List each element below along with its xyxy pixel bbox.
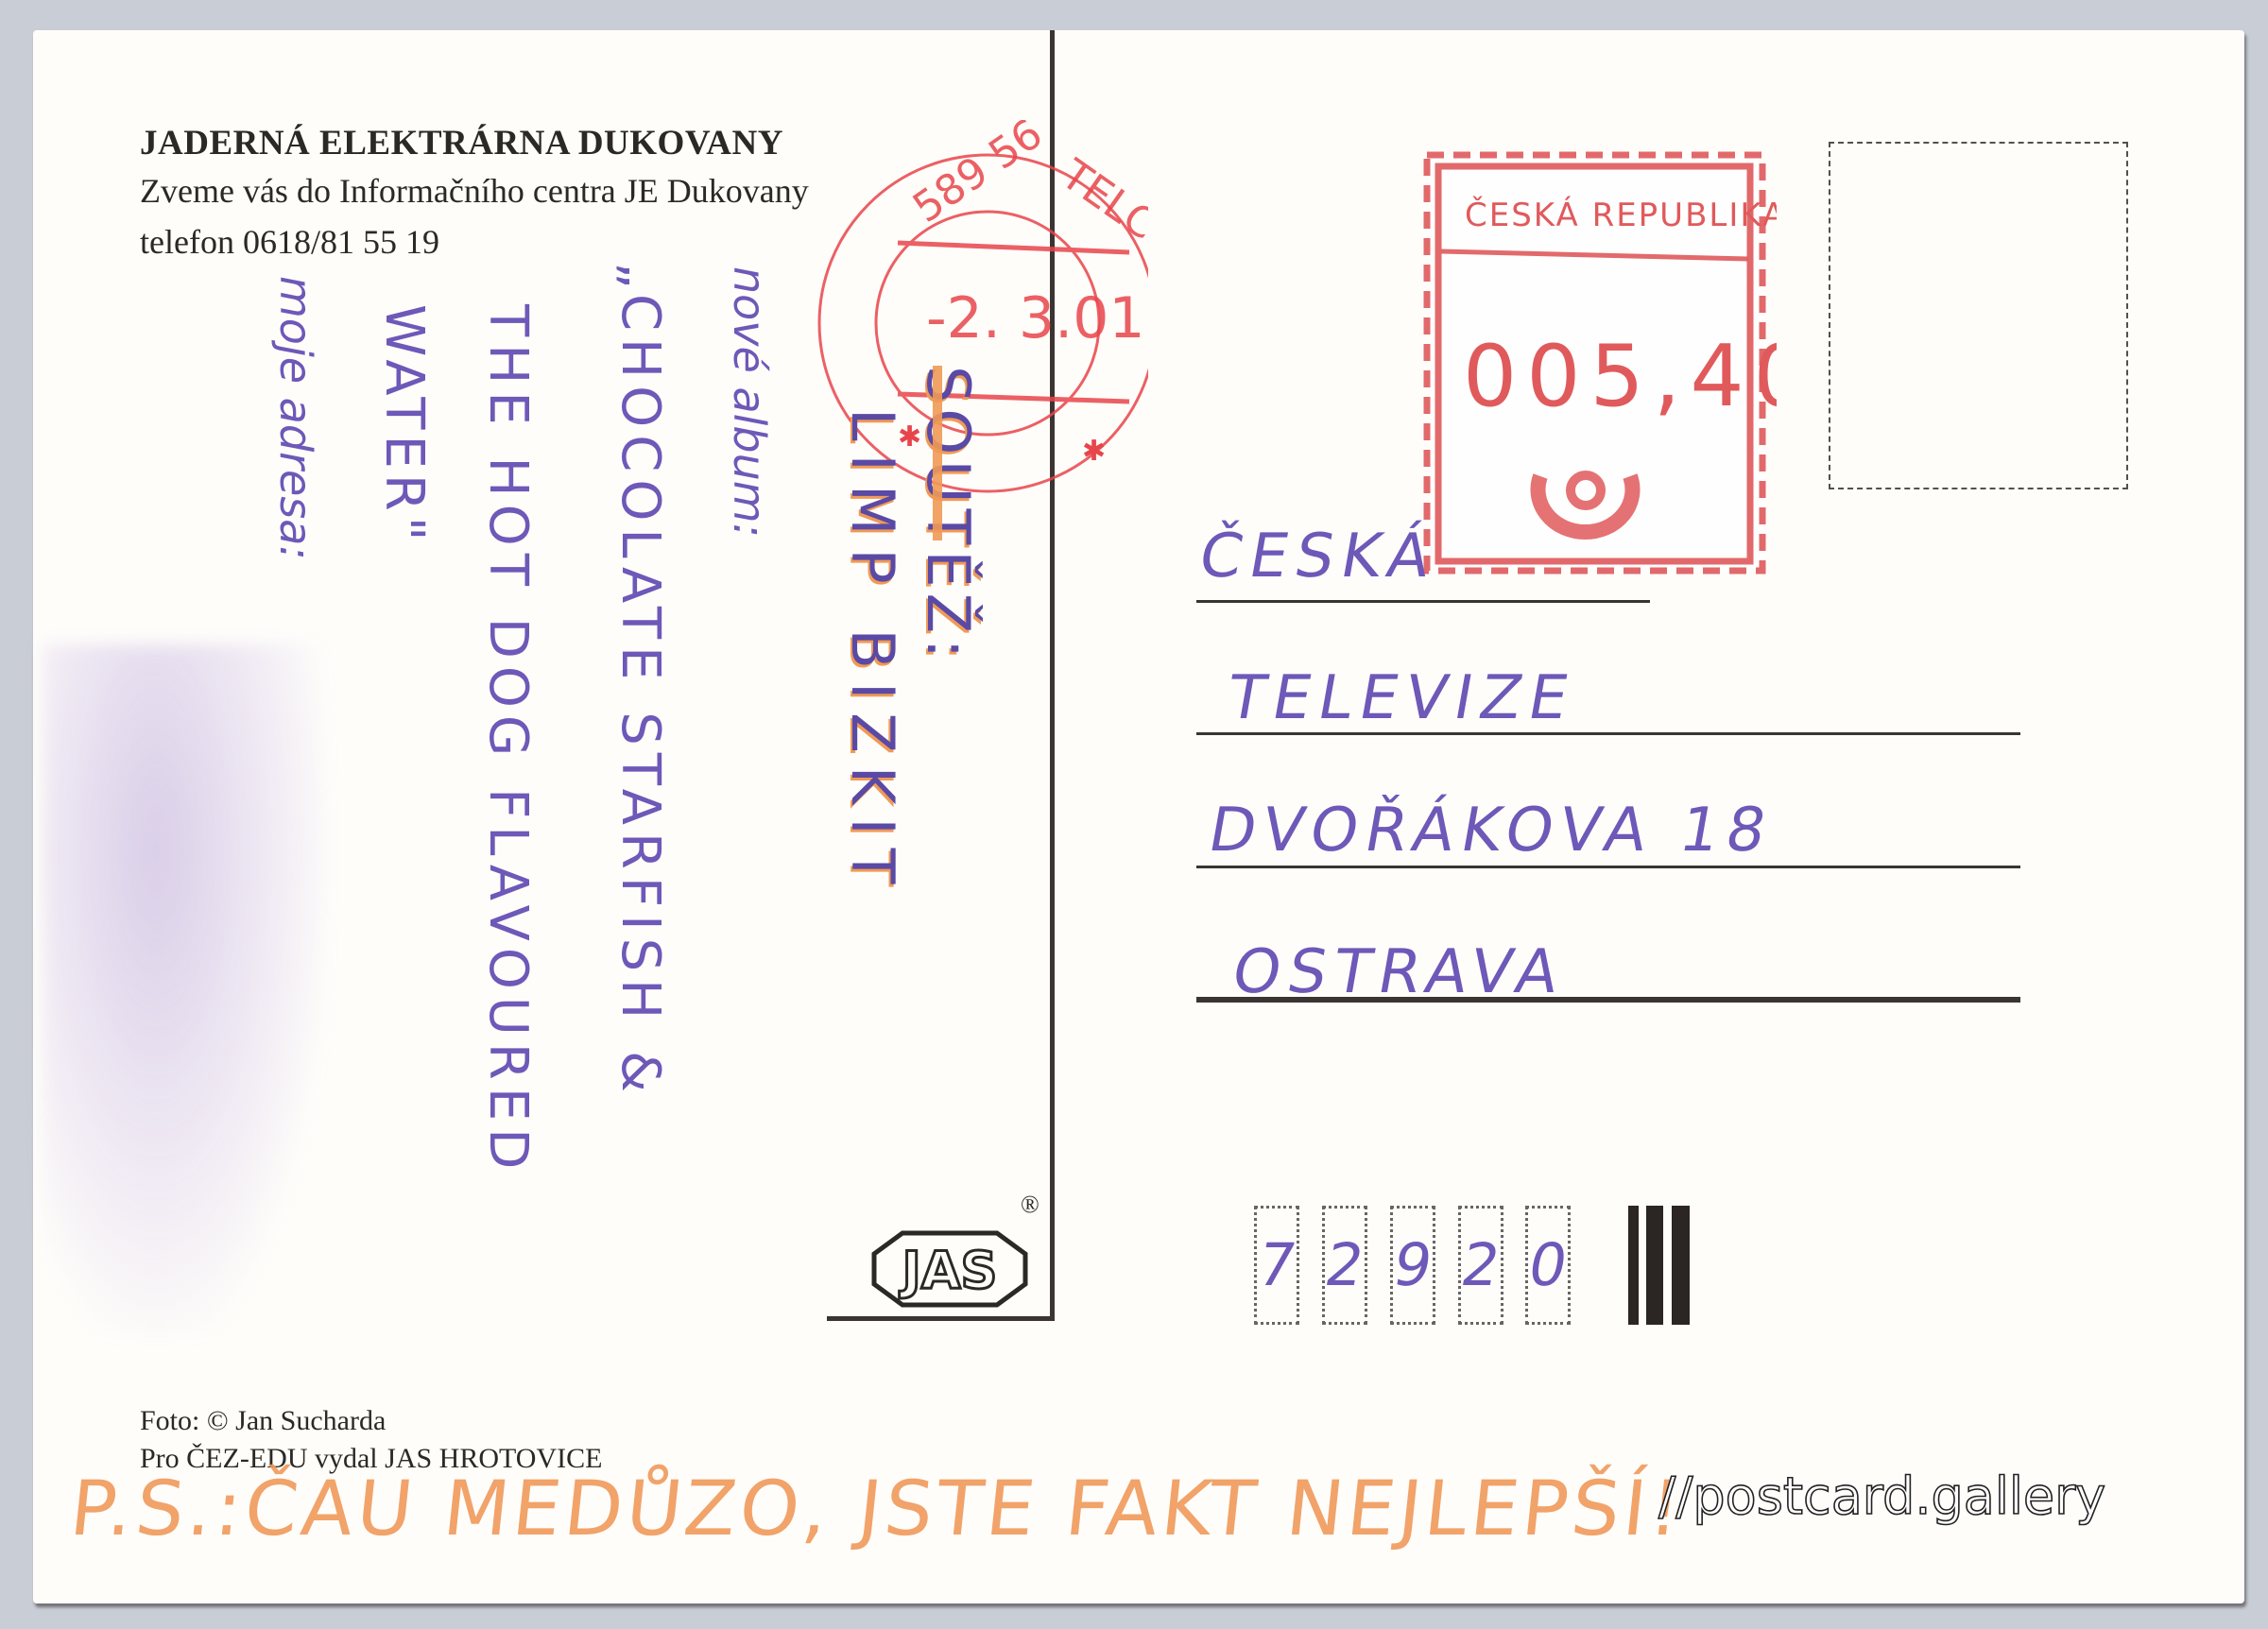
message-new-album-label: nové album: [724,266,775,538]
meter-stamp: ČESKÁ REPUBLIKA 005,40 [1399,136,1777,580]
sorting-bar [1646,1206,1663,1325]
svg-text:JAS: JAS [899,1241,998,1300]
svg-text:✱: ✱ [1082,436,1106,467]
registered-mark: ® [1021,1191,1039,1219]
meter-country: ČESKÁ REPUBLIKA [1465,196,1777,234]
postscript: P.S.:ČAU MEDŮZO, JSTE FAKT NEJLEPŠÍ! [66,1465,1689,1552]
address-line-1: ČESKÁ [1194,522,1442,592]
address-line-3: DVOŘÁKOVA 18 [1203,796,1778,866]
message-line-water: WATER" [373,304,435,547]
address-line-2: TELEVIZE [1222,663,1581,733]
message-contest-label: SOUTĚŽ: [914,366,983,664]
publisher-heading: JADERNÁ ELEKTRÁRNA DUKOVANY [140,123,783,163]
sorting-bar [1672,1206,1690,1325]
message-band-name: LIMP BIZKIT [838,408,907,898]
postmark-date: -2. 3.01 [926,285,1145,352]
phone-line: telefon 0618/81 55 19 [140,222,439,262]
meter-value: 005,40 [1463,327,1777,426]
logo-base-divider [827,1316,1055,1321]
address-rule-2 [1196,732,2020,735]
photo-credit: Foto: © Jan Sucharda [140,1405,386,1437]
message-my-address-label: moje adresa: [270,276,321,560]
address-rule-3 [1196,866,2020,868]
postcard: JADERNÁ ELEKTRÁRNA DUKOVANY Zveme vás do… [33,30,2244,1603]
postmark-postcode: 589 56 [904,120,1051,232]
redacted-sender-address [43,644,326,1334]
address-rule-4 [1196,997,2020,1003]
address-rule-1 [1196,600,1650,603]
message-line-chocolate: „CHOCOLATE STARFISH & [610,262,671,1100]
highlight-underline [933,366,942,540]
message-line-hot-dog: THE HOT DOG FLAVOURED [477,304,539,1176]
jas-logo: JAS [865,1226,1035,1311]
sorting-bar [1628,1206,1639,1325]
watermark: //postcard.gallery [1658,1466,2105,1526]
invitation-line: Zveme vás do Informačního centra JE Duko… [140,171,809,211]
postmark-town: TELČ [1052,148,1148,249]
stamp-placeholder-box [1829,142,2128,489]
